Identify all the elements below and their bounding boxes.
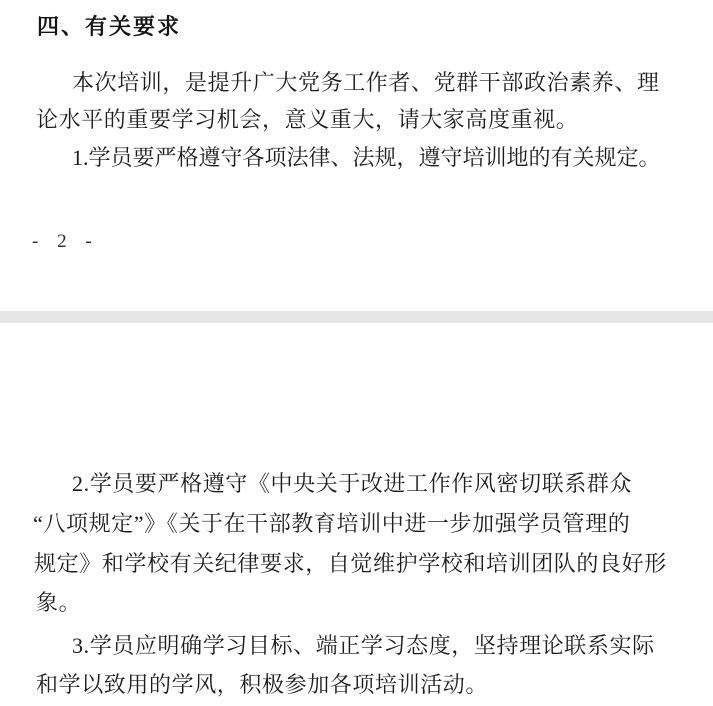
page-separator — [0, 311, 713, 323]
paragraph-4-line-2: 和学以致用的学风，积极参加各项培训活动。 — [36, 671, 488, 698]
paragraph-3-line-4: 象。 — [36, 589, 81, 616]
paragraph-1-line-2: 论水平的重要学习机会，意义重大，请大家高度重视。 — [36, 106, 578, 133]
paragraph-3-line-2: “八项规定”》《关于在干部教育培训中进一步加强学员管理的 — [33, 510, 630, 537]
paragraph-1-line-1: 本次培训，是提升广大党务工作者、党群干部政治素养、理 — [72, 69, 660, 96]
paragraph-4-line-1: 3.学员应明确学习目标、端正学习态度，坚持理论联系实际 — [72, 632, 655, 659]
document-viewport: 四、有关要求 本次培训，是提升广大党务工作者、党群干部政治素养、理 论水平的重要… — [0, 0, 713, 706]
section-heading: 四、有关要求 — [37, 14, 181, 40]
paragraph-3-line-3: 规定》和学校有关纪律要求，自觉维护学校和培训团队的良好形 — [34, 550, 667, 577]
paragraph-3-line-1: 2.学员要严格遵守《中央关于改进工作作风密切联系群众 — [72, 470, 632, 497]
paragraph-2-line-1: 1.学员要严格遵守各项法律、法规，遵守培训地的有关规定。 — [72, 144, 661, 171]
page-number: - 2 - — [32, 231, 99, 253]
